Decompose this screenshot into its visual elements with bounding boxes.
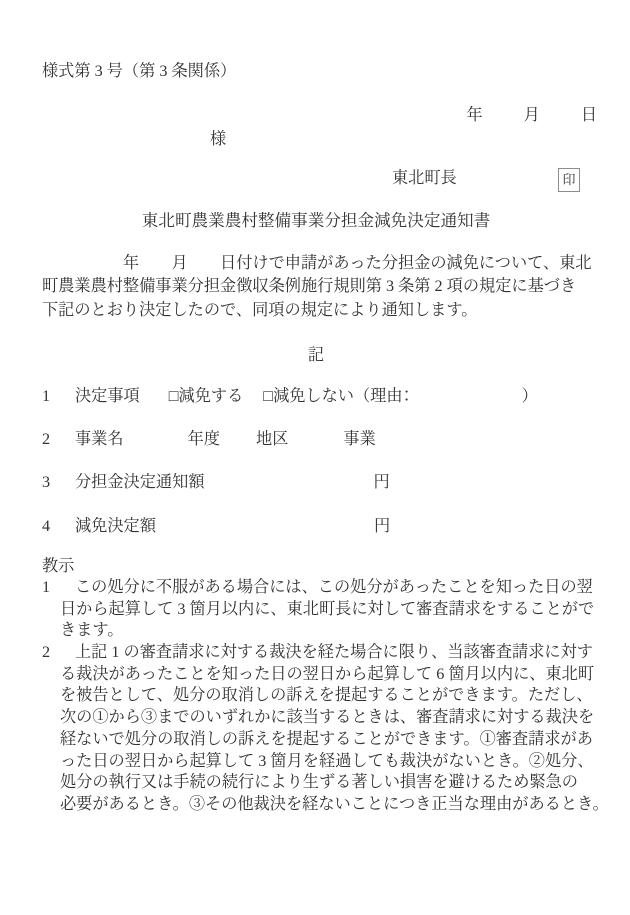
- item-number: 4: [42, 516, 75, 536]
- item-reduction-amount: 4減免決定額円: [42, 516, 590, 536]
- kyoji-line: 必要があるとき。③その他裁決を経ないことにつき正当な理由があるとき。: [42, 794, 590, 816]
- sender-name: 東北町長: [392, 169, 457, 187]
- kyoji-line: 経ないで処分の取消しの訴えを提起することができます。①審査請求があ: [42, 729, 590, 751]
- body-line: 年 月 日付けで申請があった分担金の減免について、東北: [42, 252, 590, 275]
- kyoji-line-text: この処分に不服がある場合には、この処分があったことを知った日の翌: [75, 578, 593, 596]
- item-label: 分担金決定通知額: [75, 473, 205, 491]
- kyoji-item-2: 2上記 1 の審査請求に対する裁決を経た場合に限り、当該審査請求に対す る裁決が…: [42, 642, 590, 816]
- kyoji-line: る裁決があったことを知った日の翌日から起算して 6 箇月以内に、東北町: [42, 664, 590, 686]
- item-project-name: 2事業名年度地区事業: [42, 429, 590, 449]
- item-number: 3: [42, 472, 75, 492]
- item-number: 1: [42, 386, 75, 406]
- item-number: 2: [42, 642, 75, 664]
- date-month-label: 月: [524, 106, 540, 124]
- body-paragraph: 年 月 日付けで申請があった分担金の減免について、東北 町農業農村整備事業分担金…: [42, 252, 590, 322]
- form-number: 様式第 3 号（第 3 条関係）: [42, 61, 590, 81]
- kyoji-line: 日から起算して 3 箇月以内に、東北町長に対して審査請求をすることがで: [42, 599, 590, 621]
- sender-line: 東北町長 印: [42, 168, 590, 188]
- kyoji-line: 処分の執行又は手続の続行により生ずる著しい損害を避けるため緊急の: [42, 772, 590, 794]
- option-no-reduce-label: 減免しない: [273, 387, 354, 405]
- item-notified-amount: 3分担金決定通知額円: [42, 472, 590, 492]
- kyoji-item-1: 1この処分に不服がある場合には、この処分があったことを知った日の翌 日から起算し…: [42, 577, 590, 642]
- ki-label: 記: [42, 345, 590, 365]
- date-day-label: 日: [581, 106, 597, 124]
- item-number: 1: [42, 577, 75, 599]
- item-label: 事業名: [75, 430, 124, 448]
- fiscal-year-label: 年度: [188, 430, 220, 448]
- document-page: 様式第 3 号（第 3 条関係） 年 月 日 様 東北町長 印 東北町農業農村整…: [0, 0, 630, 915]
- item-label: 減免決定額: [75, 517, 156, 535]
- checkbox-reduce-icon: □: [169, 387, 179, 405]
- issue-date-line: 年 月 日: [49, 105, 597, 125]
- body-line: 町農業農村整備事業分担金徴収条例施行規則第 3 条第 2 項の規定に基づき: [42, 275, 590, 298]
- reason-open-label: （理由：: [354, 387, 411, 405]
- date-year-label: 年: [466, 106, 482, 124]
- document-title: 東北町農業農村整備事業分担金減免決定通知書: [42, 211, 590, 231]
- checkbox-no-reduce-icon: □: [263, 387, 273, 405]
- kyoji-line: 2上記 1 の審査請求に対する裁決を経た場合に限り、当該審査請求に対す: [42, 642, 590, 664]
- kyoji-heading: 教示: [42, 556, 590, 576]
- document-content: 様式第 3 号（第 3 条関係） 年 月 日 様 東北町長 印 東北町農業農村整…: [42, 0, 590, 915]
- stamp-mark: 印: [558, 168, 580, 192]
- kyoji-line: った日の翌日から起算して 3 箇月を経過しても裁決がないとき。②処分、: [42, 751, 590, 773]
- addressee-line: 様: [42, 129, 590, 149]
- kyoji-line-text: 上記 1 の審査請求に対する裁決を経た場合に限り、当該審査請求に対す: [75, 643, 593, 661]
- district-label: 地区: [256, 430, 288, 448]
- item-decision: 1決定事項□減免する□減免しない（理由：）: [42, 386, 590, 406]
- option-reduce-label: 減免する: [179, 387, 244, 405]
- project-label: 事業: [343, 430, 375, 448]
- item-number: 2: [42, 429, 75, 449]
- kyoji-line: 1この処分に不服がある場合には、この処分があったことを知った日の翌: [42, 577, 590, 599]
- kyoji-line: 次の①から③までのいずれかに該当するときは、審査請求に対する裁決を: [42, 707, 590, 729]
- item-label: 決定事項: [75, 387, 140, 405]
- yen-unit-label: 円: [374, 517, 390, 535]
- body-line: 下記のとおり決定したので、同項の規定により通知します。: [42, 299, 590, 322]
- kyoji-line: を被告として、処分の取消しの訴えを提起することができます。ただし、: [42, 685, 590, 707]
- kyoji-line: きます。: [42, 620, 590, 642]
- yen-unit-label: 円: [374, 473, 390, 491]
- reason-close-label: ）: [522, 387, 538, 405]
- addressee-honorific: 様: [210, 130, 226, 148]
